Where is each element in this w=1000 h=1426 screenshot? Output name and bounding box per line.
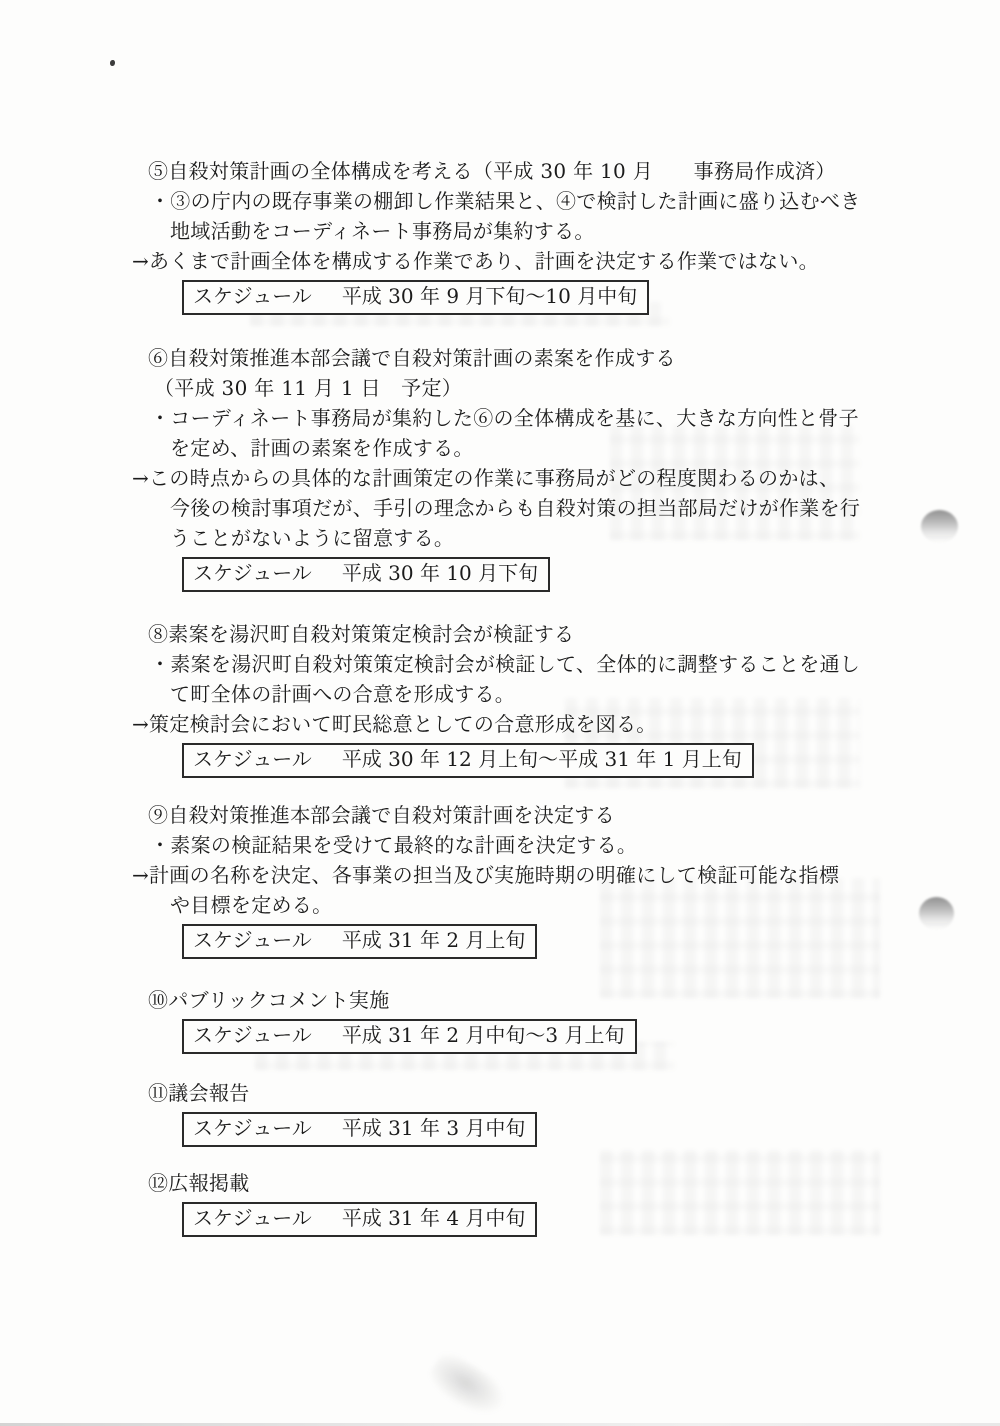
schedule-value: 平成 31 年 3 月中旬: [342, 1116, 526, 1140]
schedule-label: スケジュール: [193, 1116, 312, 1140]
text-line: （平成 30 年 11 月 1 日 予定）: [154, 373, 860, 403]
text-line: ・③の庁内の既存事業の棚卸し作業結果と、④で検討した計画に盛り込むべき: [150, 186, 861, 216]
document-section: ⑧素案を湯沢町自殺対策策定検討会が検証する ・素案を湯沢町自殺対策策定検討会が検…: [148, 619, 860, 778]
text-line: 地域活動をコーディネート事務局が集約する。: [170, 216, 861, 246]
document-section: ⑩パブリックコメント実施 スケジュール平成 31 年 2 月中旬～3 月上旬: [148, 985, 637, 1054]
text-line: を定め、計画の素案を作成する。: [170, 433, 860, 463]
punch-hole-shadow: [919, 897, 954, 930]
document-section: ⑨自殺対策推進本部会議で自殺対策計画を決定する ・素案の検証結果を受けて最終的な…: [148, 800, 839, 959]
schedule-label: スケジュール: [193, 284, 312, 308]
schedule-label: スケジュール: [193, 561, 312, 585]
section-body: ・素案を湯沢町自殺対策策定検討会が検証して、全体的に調整することを通して町全体の…: [148, 649, 860, 739]
bleed-through-smudge: [600, 1150, 880, 1235]
document-section: ⑥自殺対策推進本部会議で自殺対策計画の素案を作成する （平成 30 年 11 月…: [148, 343, 860, 592]
document-section: ⑫広報掲載 スケジュール平成 31 年 4 月中旬: [148, 1168, 537, 1237]
schedule-label: スケジュール: [193, 1206, 312, 1230]
text-line: →策定検討会において町民総意としての合意形成を図る。: [132, 709, 860, 739]
schedule-box: スケジュール平成 31 年 4 月中旬: [182, 1202, 537, 1237]
schedule-value: 平成 31 年 4 月中旬: [342, 1206, 526, 1230]
schedule-box: スケジュール平成 30 年 9 月下旬～10 月中旬: [182, 280, 649, 315]
text-line: 今後の検討事項だが、手引の理念からも自殺対策の担当部局だけが作業を行: [170, 493, 860, 523]
text-line: うことがないように留意する。: [170, 523, 860, 553]
punch-hole-shadow: [921, 510, 958, 543]
scan-smudge: [423, 1348, 513, 1426]
section-heading: ⑫広報掲載: [148, 1168, 537, 1198]
text-line: →計画の名称を決定、各事業の担当及び実施時期の明確にして検証可能な指標: [132, 860, 839, 890]
ink-speck: [110, 60, 115, 66]
text-line: →あくまで計画全体を構成する作業であり、計画を決定する作業ではない。: [132, 246, 861, 276]
text-line: →この時点からの具体的な計画策定の作業に事務局がどの程度関わるのかは、: [132, 463, 860, 493]
schedule-label: スケジュール: [193, 928, 312, 952]
schedule-box: スケジュール平成 31 年 3 月中旬: [182, 1112, 537, 1147]
section-heading: ⑩パブリックコメント実施: [148, 985, 637, 1015]
schedule-value: 平成 31 年 2 月上旬: [342, 928, 526, 952]
section-heading: ⑪議会報告: [148, 1078, 537, 1108]
section-body: （平成 30 年 11 月 1 日 予定）・コーディネート事務局が集約した⑥の全…: [148, 373, 860, 553]
schedule-box: スケジュール平成 31 年 2 月中旬～3 月上旬: [182, 1019, 637, 1054]
scanned-document-page: ⑤自殺対策計画の全体構成を考える（平成 30 年 10 月 事務局作成済） ・③…: [0, 0, 1000, 1426]
section-body: ・③の庁内の既存事業の棚卸し作業結果と、④で検討した計画に盛り込むべき地域活動を…: [148, 186, 861, 276]
schedule-box: スケジュール平成 30 年 10 月下旬: [182, 557, 550, 592]
schedule-value: 平成 30 年 9 月下旬～10 月中旬: [342, 284, 637, 308]
schedule-value: 平成 30 年 12 月上旬～平成 31 年 1 月上旬: [342, 747, 742, 771]
document-section: ⑪議会報告 スケジュール平成 31 年 3 月中旬: [148, 1078, 537, 1147]
schedule-box: スケジュール平成 30 年 12 月上旬～平成 31 年 1 月上旬: [182, 743, 754, 778]
section-heading: ⑧素案を湯沢町自殺対策策定検討会が検証する: [148, 619, 860, 649]
text-line: や目標を定める。: [170, 890, 839, 920]
section-body: ・素案の検証結果を受けて最終的な計画を決定する。→計画の名称を決定、各事業の担当…: [148, 830, 839, 920]
text-line: ・素案の検証結果を受けて最終的な計画を決定する。: [150, 830, 839, 860]
schedule-label: スケジュール: [193, 747, 312, 771]
text-line: ・コーディネート事務局が集約した⑥の全体構成を基に、大きな方向性と骨子: [150, 403, 860, 433]
document-section: ⑤自殺対策計画の全体構成を考える（平成 30 年 10 月 事務局作成済） ・③…: [148, 156, 861, 315]
schedule-value: 平成 30 年 10 月下旬: [342, 561, 538, 585]
schedule-value: 平成 31 年 2 月中旬～3 月上旬: [342, 1023, 625, 1047]
schedule-label: スケジュール: [193, 1023, 312, 1047]
section-heading: ⑤自殺対策計画の全体構成を考える（平成 30 年 10 月 事務局作成済）: [148, 156, 861, 186]
text-line: ・素案を湯沢町自殺対策策定検討会が検証して、全体的に調整することを通し: [150, 649, 860, 679]
text-line: て町全体の計画への合意を形成する。: [170, 679, 860, 709]
schedule-box: スケジュール平成 31 年 2 月上旬: [182, 924, 537, 959]
section-heading: ⑨自殺対策推進本部会議で自殺対策計画を決定する: [148, 800, 839, 830]
section-heading: ⑥自殺対策推進本部会議で自殺対策計画の素案を作成する: [148, 343, 860, 373]
